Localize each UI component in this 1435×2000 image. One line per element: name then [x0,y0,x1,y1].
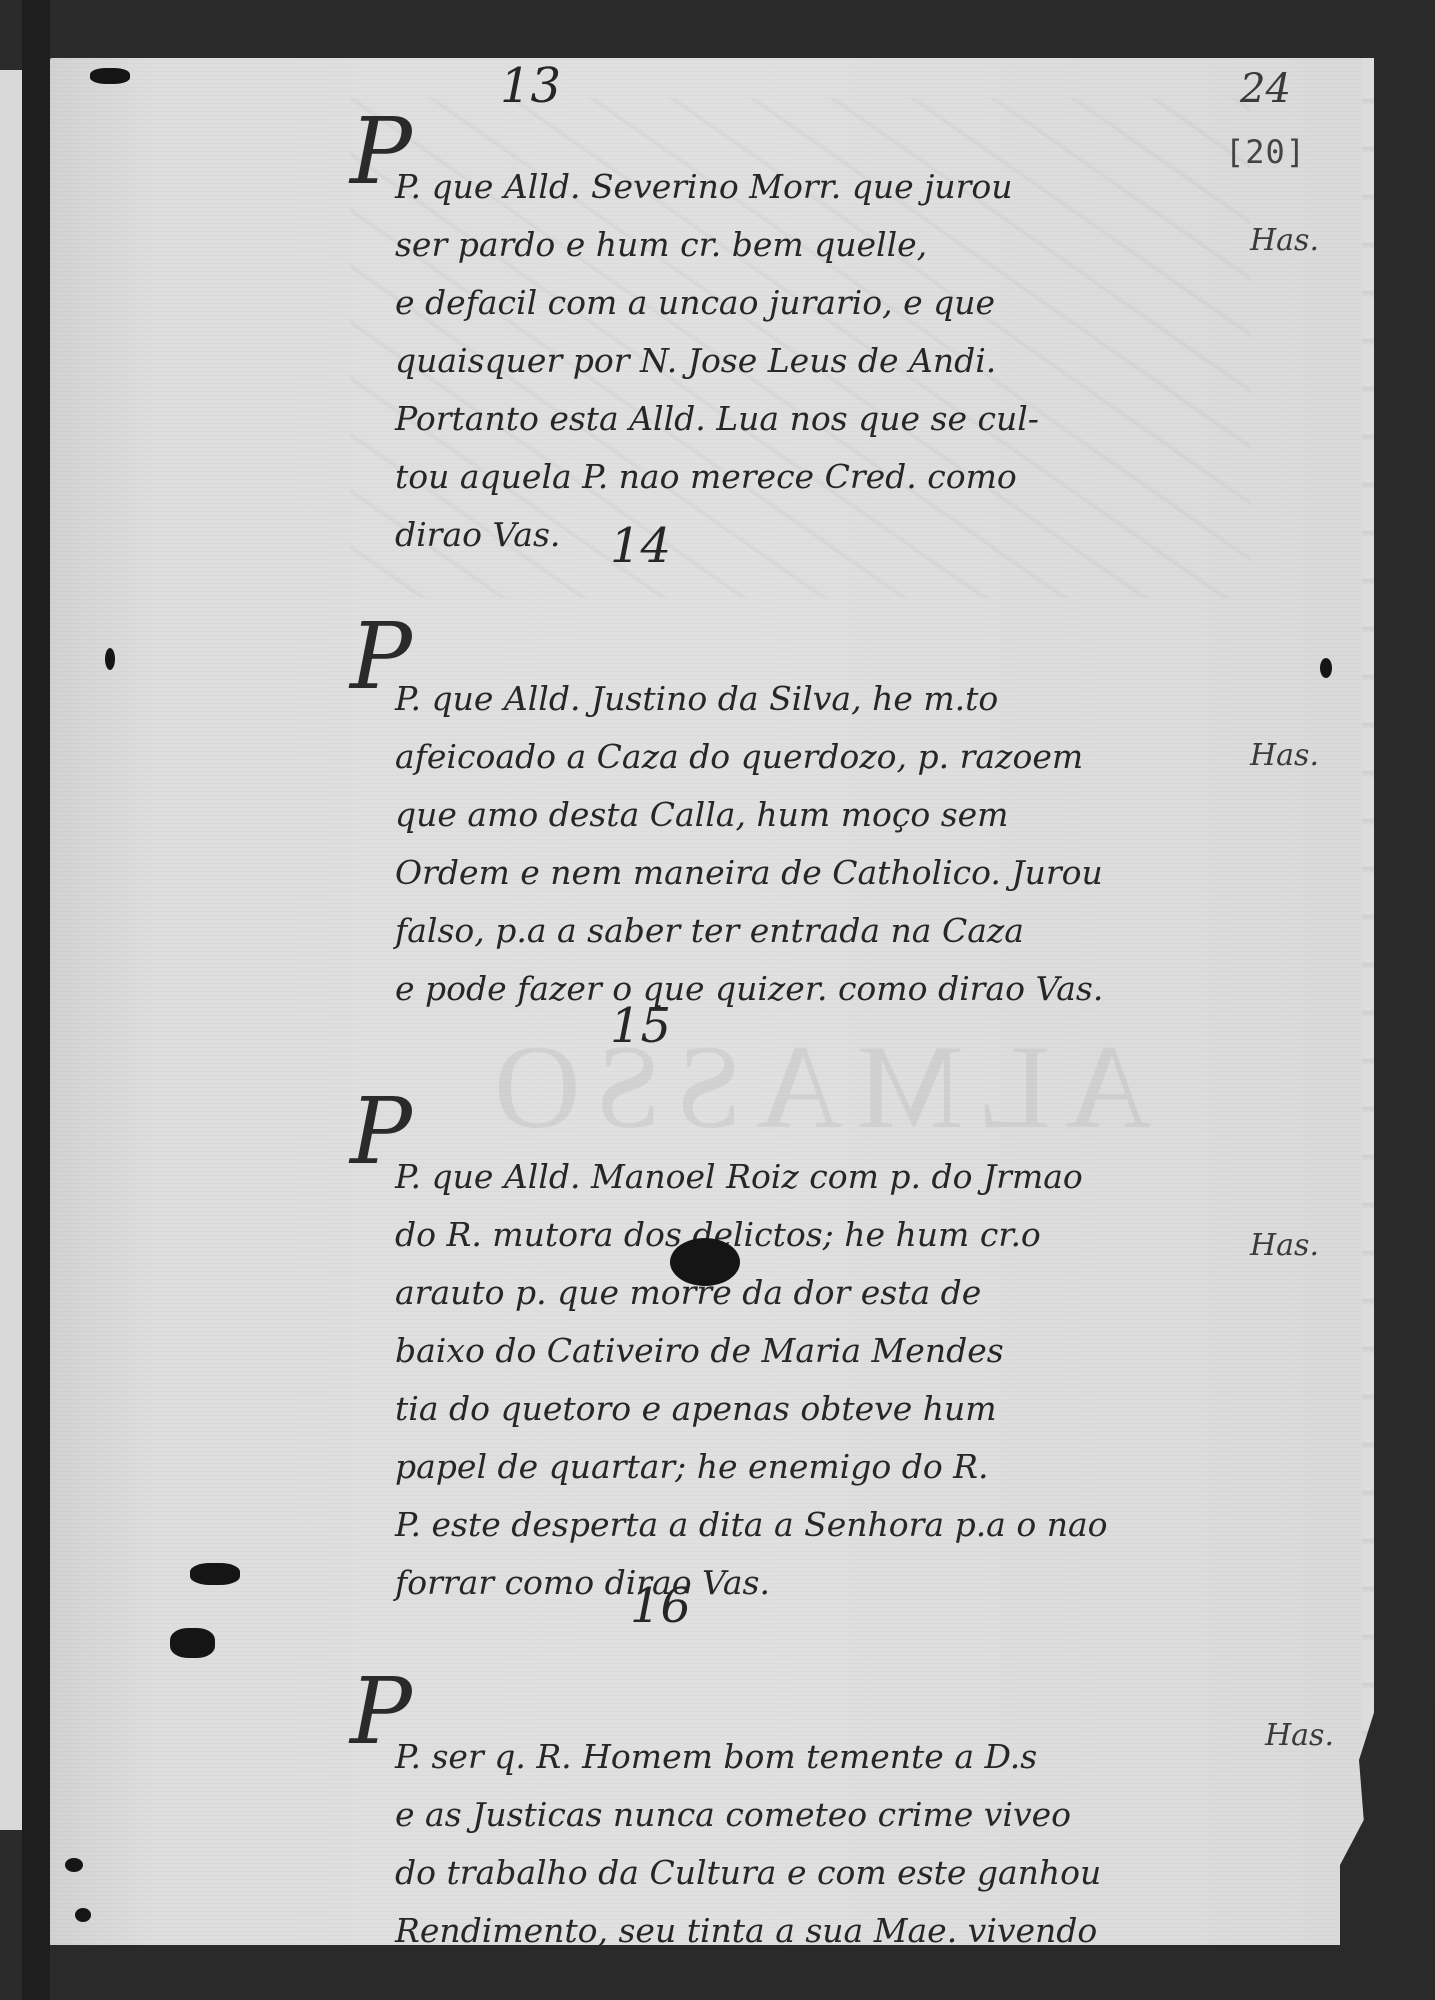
text-line: falso, p.a a saber ter entrada na Caza [395,902,1103,960]
text-line: quaisquer por N. Jose Leus de Andi. [395,332,1039,390]
paper-watermark: ALMASSO [480,1018,1151,1156]
entry-text: P. que Alld. Severino Morr. que jurou se… [395,158,1039,564]
text-line: afeicoado a Caza do querdozo, p. razoem [395,728,1103,786]
margin-note: Has. [1250,1228,1319,1263]
text-line: forrar como dirao Vas. [395,1554,1108,1612]
text-line: P. que Alld. Justino da Silva, he m.to [395,670,1103,728]
text-line: e as Justicas nunca cometeo crime viveo [395,1786,1101,1844]
entry-number: 15 [610,998,671,1054]
text-line: tia do quetoro e apenas obteve hum [395,1380,1108,1438]
margin-note: Has. [1250,223,1319,258]
text-line: que amo desta Calla, hum moço sem [395,786,1103,844]
ink-blot [670,1238,740,1286]
text-line: Ordem e nem maneira de Catholico. Jurou [395,844,1103,902]
margin-note: Has. [1265,1718,1334,1753]
ink-stain [65,1858,83,1872]
entry-text: P. ser q. R. Homem bom temente a D.s e a… [395,1728,1101,1960]
ink-stain [1320,658,1332,678]
text-line: P. este desperta a dita a Senhora p.a o … [395,1496,1108,1554]
margin-note: Has. [1250,738,1319,773]
ink-stain [170,1628,215,1658]
entry-text: P. que Alld. Justino da Silva, he m.to a… [395,670,1103,1018]
text-line: tou aquela P. nao merece Cred. como [395,448,1039,506]
text-line: papel de quartar; he enemigo do R. [395,1438,1108,1496]
text-line: ser pardo e hum cr. bem quelle, [395,216,1039,274]
text-line: e defacil com a uncao jurario, e que [395,274,1039,332]
entry-number: 16 [630,1578,691,1634]
ink-stain [190,1563,240,1585]
folio-number: 24 [1240,66,1291,112]
text-line: do R. mutora dos delictos; he hum cr.o [395,1206,1108,1264]
text-line: dirao Vas. [395,506,1039,564]
text-line: baixo do Cativeiro de Maria Mendes [395,1322,1108,1380]
text-line: do trabalho da Cultura e com este ganhou [395,1844,1101,1902]
ink-stain [105,648,115,670]
book-binding-gutter [22,0,50,2000]
ink-stain [75,1908,91,1922]
text-line: P. ser q. R. Homem bom temente a D.s [395,1728,1101,1786]
manuscript-page: ALMASSO 24 [20] 13 P P. que Alld. Severi… [50,58,1368,1948]
text-line: P. que Alld. Severino Morr. que jurou [395,158,1039,216]
entry-number: 14 [610,518,671,574]
deckled-page-edge [1362,58,1374,1948]
adjacent-page-edge [0,70,22,1830]
archive-page-stamp: [20] [1225,133,1306,171]
text-line: e pode fazer o que quizer. como dirao Va… [395,960,1103,1018]
entry-text: P. que Alld. Manoel Roiz com p. do Jrmao… [395,1148,1108,1612]
page-bottom-edge [50,1945,1435,2000]
text-line: P. que Alld. Manoel Roiz com p. do Jrmao [395,1148,1108,1206]
ink-stain [90,68,130,84]
text-line: Portanto esta Alld. Lua nos que se cul- [395,390,1039,448]
text-line: arauto p. que morre da dor esta de [395,1264,1108,1322]
entry-number: 13 [500,58,561,114]
